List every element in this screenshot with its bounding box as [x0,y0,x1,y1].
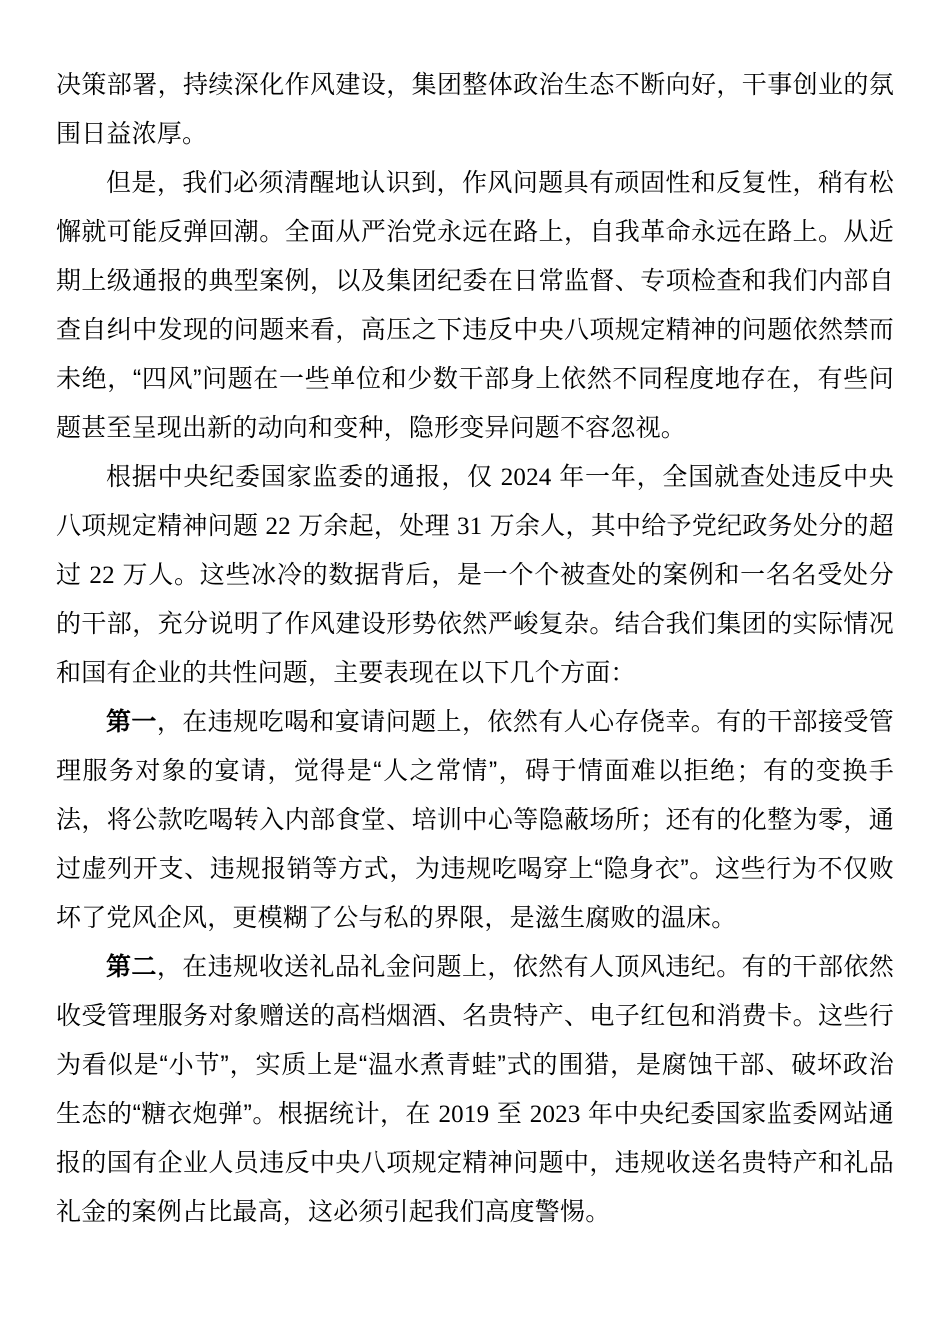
paragraph-4: 第一，在违规吃喝和宴请问题上，依然有人心存侥幸。有的干部接受管理服务对象的宴请，… [56,698,894,943]
text-run: 万余起，处理 [291,512,457,540]
bold-text-run: 第二 [106,953,157,981]
document-page: 决策部署，持续深化作风建设，集团整体政治生态不断向好，干事创业的氛围日益浓厚。但… [0,0,950,1344]
numeral-run: 22 [265,513,290,540]
text-run: 至 [489,1100,529,1128]
paragraph-3: 根据中央纪委国家监委的通报，仅 2024 年一年，全国就查处违反中央八项规定精神… [56,453,894,698]
text-run: 根据中央纪委国家监委的通报，仅 [106,463,501,491]
text-run: ，在违规吃喝和宴请问题上，依然有人心存侥幸。有的干部接受管理服务对象的宴请，觉得… [56,708,894,932]
numeral-run: 2024 [501,464,552,491]
paragraph-1: 决策部署，持续深化作风建设，集团整体政治生态不断向好，干事创业的氛围日益浓厚。 [56,61,894,159]
numeral-run: 31 [457,513,482,540]
paragraph-5: 第二，在违规收送礼品礼金问题上，依然有人顶风违纪。有的干部依然收受管理服务对象赠… [56,943,894,1237]
paragraph-2: 但是，我们必须清醒地认识到，作风问题具有顽固性和反复性，稍有松懈就可能反弹回潮。… [56,159,894,453]
numeral-run: 2019 [438,1101,489,1128]
text-run: 万人。这些冰冷的数据背后，是一个个被查处的案例和一名名受处分的干部，充分说明了作… [56,561,894,687]
numeral-run: 2023 [530,1101,581,1128]
document-body: 决策部署，持续深化作风建设，集团整体政治生态不断向好，干事创业的氛围日益浓厚。但… [56,61,894,1237]
bold-text-run: 第一 [106,708,157,736]
text-run: 决策部署，持续深化作风建设，集团整体政治生态不断向好，干事创业的氛围日益浓厚。 [56,71,894,148]
numeral-run: 22 [89,562,114,589]
text-run: 但是，我们必须清醒地认识到，作风问题具有顽固性和反复性，稍有松懈就可能反弹回潮。… [56,169,894,442]
